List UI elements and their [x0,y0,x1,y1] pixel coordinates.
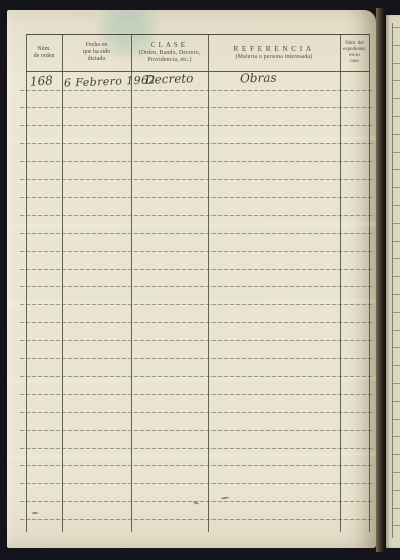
next-page-ruled-line [393,45,400,46]
column-divider [340,34,341,532]
next-page-ruled-line [393,187,400,188]
ruled-line [20,197,373,198]
ruled-line [20,215,373,216]
next-page-ruled-line [393,525,400,526]
entry-referencia: Obras [240,71,277,86]
header-text: Providencia, etc.) [147,57,191,64]
header-text: REFERENCIA [233,44,314,53]
header-bottom-border [26,71,370,72]
ruled-line [20,161,373,162]
ruled-line [20,233,373,234]
next-page-ruled-line [393,80,400,81]
ruled-line [20,304,373,305]
entry-num-orden: 168 [30,73,54,89]
ruled-line [20,322,373,323]
ink-smudge [221,496,229,499]
ruled-line [20,430,373,431]
next-page-ruled-line [393,98,400,99]
ruled-line [20,107,373,108]
page-fold-gutter [376,8,386,552]
header-clase: CLASE (Orden, Bando, Decreto, Providenci… [131,34,208,71]
ruled-line [20,483,373,484]
ruled-line [20,412,373,413]
header-text: (Materia o persona interesada) [236,54,313,61]
header-text: Núm. [37,46,51,53]
next-page-ruled-line [393,241,400,242]
next-page-ruled-line [393,330,400,331]
next-page-ruled-line [393,294,400,295]
ledger-page: Núm. de orden Fecha en que ha sido dicta… [7,10,376,548]
next-page-ruled-line [393,401,400,402]
ruled-line [20,394,373,395]
next-page-ruled-line [393,205,400,206]
ruled-line [20,465,373,466]
next-page-ruled-line [393,490,400,491]
header-text: dictado [88,56,106,63]
column-divider [62,34,63,532]
column-divider [208,34,209,532]
ruled-line [20,143,373,144]
header-referencia: REFERENCIA (Materia o persona interesada… [208,34,340,71]
ruled-line [20,340,373,341]
ruled-line [20,125,373,126]
table-left-border [26,34,27,532]
next-page-ruled-line [393,419,400,420]
next-page-ruled-line [393,276,400,277]
ruled-line [20,286,373,287]
ruled-line [20,251,373,252]
table-right-border [369,34,370,532]
ruled-line [20,448,373,449]
ink-smudge [32,512,38,514]
ruled-line [20,269,373,270]
ruled-line [20,179,373,180]
next-page-edge [386,15,400,548]
header-num-orden: Núm. de orden [26,34,62,71]
scanned-ledger-screenshot: Núm. de orden Fecha en que ha sido dicta… [0,0,400,560]
header-text: que ha sido [83,49,110,56]
next-page-ruled-line [393,27,400,28]
next-page-ruled-line [393,223,400,224]
ruled-line [20,358,373,359]
ruled-line [20,376,373,377]
next-page-ruled-line [393,508,400,509]
header-fecha: Fecha en que ha sido dictado [62,34,131,71]
entry-fecha: 6 Febrero 1962 [64,73,156,89]
next-page-ruled-line [393,436,400,437]
next-page-ruled-line [393,472,400,473]
next-page-ruled-line [393,383,400,384]
next-page-ruled-line [393,454,400,455]
column-divider [131,34,132,532]
next-page-ruled-line [393,169,400,170]
next-page-ruled-line [393,365,400,366]
header-text: Fecha en [86,42,108,49]
header-text: CLASE [151,41,188,49]
next-page-ruled-line [393,134,400,135]
entry-clase: Decreto [145,71,194,87]
next-page-ruled-line [393,258,400,259]
next-page-ruled-line [393,347,400,348]
next-page-rule-line [392,23,393,538]
header-text: (Orden, Bando, Decreto, [139,50,201,57]
next-page-ruled-line [393,116,400,117]
header-text: caso [350,59,359,65]
next-page-ruled-line [393,312,400,313]
next-page-ruled-line [393,63,400,64]
next-page-ruled-line [393,152,400,153]
ruled-line [20,519,373,520]
header-expediente: Núm. del expediente, en su caso [340,34,369,71]
header-text: de orden [34,53,55,60]
ruled-line [20,90,373,91]
